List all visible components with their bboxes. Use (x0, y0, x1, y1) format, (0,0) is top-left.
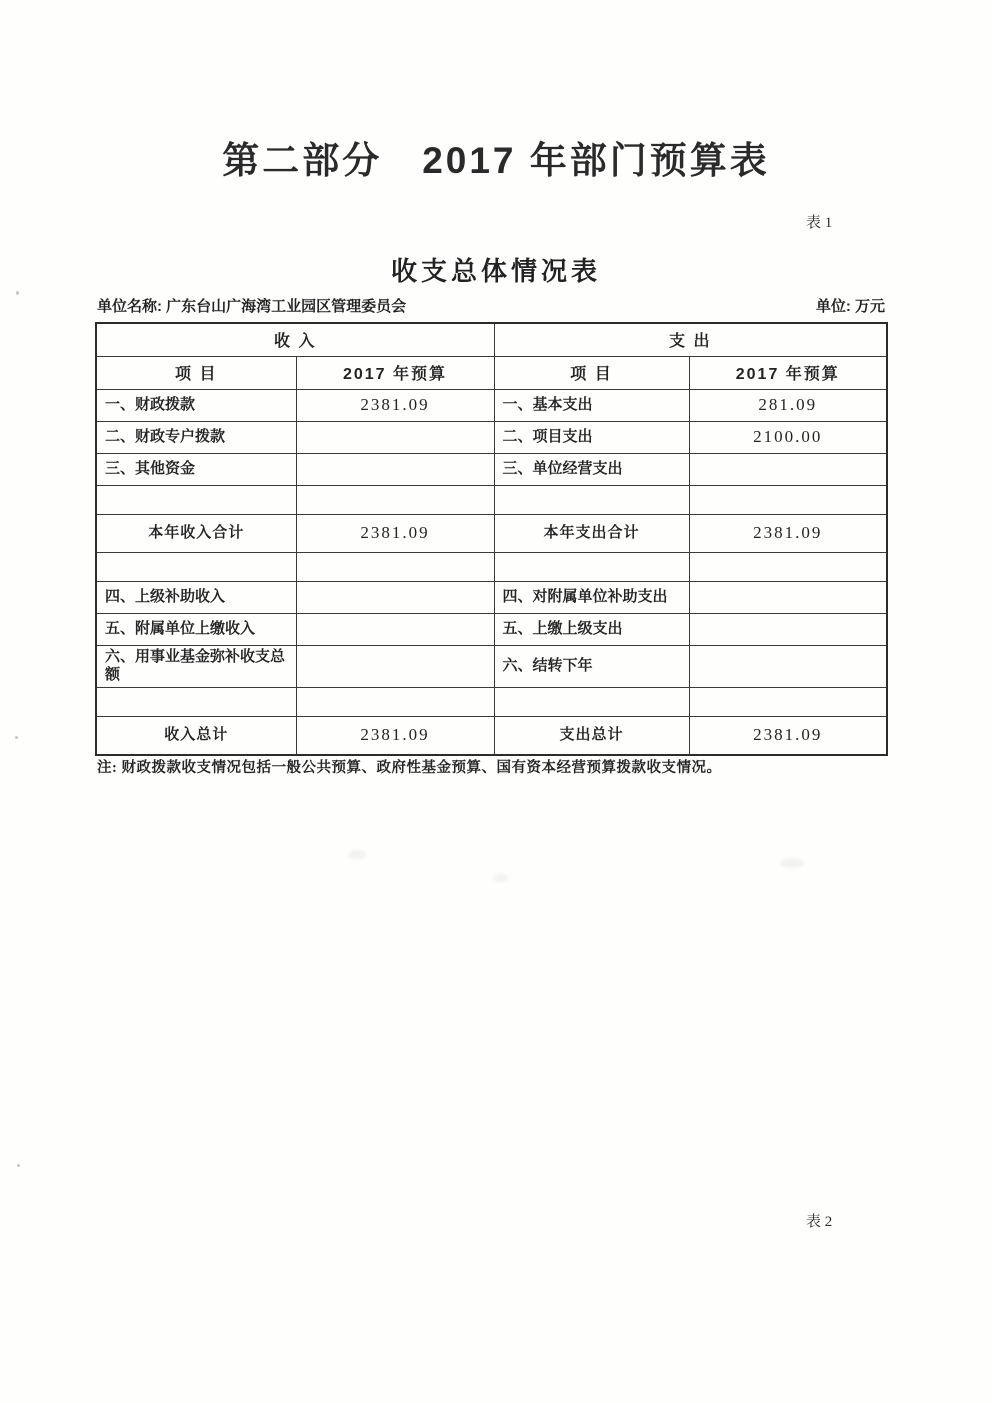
income-item-cell: 收入总计 (96, 717, 296, 755)
income-value-cell: 2381.09 (296, 514, 494, 552)
sheet-number-label-top: 表 1 (806, 211, 832, 232)
budget-table-row-item: 五、附属单位上缴收入五、上缴上级支出 (96, 613, 887, 645)
income-value-cell (296, 421, 494, 453)
expense-item-cell (494, 485, 689, 514)
income-item-cell: 四、上级补助收入 (96, 581, 296, 613)
expense-value-cell: 281.09 (689, 389, 887, 421)
scan-artifact (494, 874, 508, 882)
budget-table-row-item: 一、财政拨款2381.09一、基本支出281.09 (96, 389, 887, 421)
income-item-cell: 本年收入合计 (96, 514, 296, 552)
expense-item-column-header: 项 目 (494, 356, 689, 389)
expense-item-cell (494, 688, 689, 717)
expense-value-cell (689, 581, 887, 613)
income-value-cell (296, 613, 494, 645)
expense-value-cell (689, 453, 887, 485)
expense-item-cell: 四、对附属单位补助支出 (494, 581, 689, 613)
income-item-column-header: 项 目 (96, 356, 296, 389)
income-value-cell: 2381.09 (296, 717, 494, 755)
income-item-cell: 一、财政拨款 (96, 389, 296, 421)
income-value-cell: 2381.09 (296, 389, 494, 421)
budget-table-row-empty (96, 688, 887, 717)
expense-value-cell (689, 552, 887, 581)
expense-budget-column-header: 2017 年预算 (689, 356, 887, 389)
expense-item-cell: 本年支出合计 (494, 514, 689, 552)
expense-value-cell (689, 688, 887, 717)
expense-value-cell: 2381.09 (689, 717, 887, 755)
budget-table-row-empty (96, 485, 887, 514)
income-value-cell (296, 688, 494, 717)
income-item-cell: 五、附属单位上缴收入 (96, 613, 296, 645)
expense-value-cell (689, 485, 887, 514)
budget-summary-table: 收 入 支 出 项 目 2017 年预算 项 目 2017 年预算 一、财政拨款… (95, 322, 888, 756)
expense-item-cell: 五、上缴上级支出 (494, 613, 689, 645)
document-title: 第二部分 2017 年部门预算表 (0, 130, 992, 184)
expense-item-cell: 一、基本支出 (494, 389, 689, 421)
table-info-row: 单位名称: 广东台山广海湾工业园区管理委员会 单位: 万元 (97, 295, 885, 316)
expense-group-header: 支 出 (494, 323, 887, 356)
column-header-row: 项 目 2017 年预算 项 目 2017 年预算 (96, 356, 887, 389)
income-group-header: 收 入 (96, 323, 494, 356)
income-value-cell (296, 581, 494, 613)
income-value-cell (296, 552, 494, 581)
unit-name-label: 单位名称: 广东台山广海湾工业园区管理委员会 (97, 295, 406, 316)
budget-table-row-item: 四、上级补助收入四、对附属单位补助支出 (96, 581, 887, 613)
income-value-cell (296, 453, 494, 485)
income-item-cell: 六、用事业基金弥补收支总额 (96, 645, 296, 688)
unit-of-measure-label: 单位: 万元 (816, 295, 885, 316)
group-header-row: 收 入 支 出 (96, 323, 887, 356)
scan-artifact (780, 858, 804, 868)
budget-table-row-empty (96, 552, 887, 581)
budget-table-row-item: 六、用事业基金弥补收支总额六、结转下年 (96, 645, 887, 688)
expense-value-cell: 2100.00 (689, 421, 887, 453)
expense-item-cell: 二、项目支出 (494, 421, 689, 453)
income-item-cell (96, 485, 296, 514)
budget-table-row-subtotal: 本年收入合计2381.09本年支出合计2381.09 (96, 514, 887, 552)
income-item-cell (96, 688, 296, 717)
budget-table-row-total: 收入总计2381.09支出总计2381.09 (96, 717, 887, 755)
income-budget-column-header: 2017 年预算 (296, 356, 494, 389)
table-title: 收支总体情况表 (0, 251, 992, 288)
scanned-document-page: 第二部分 2017 年部门预算表 表 1 收支总体情况表 单位名称: 广东台山广… (0, 0, 992, 1403)
income-item-cell (96, 552, 296, 581)
scan-artifact (348, 850, 366, 859)
scan-artifact (16, 291, 19, 295)
expense-item-cell: 支出总计 (494, 717, 689, 755)
expense-item-cell: 六、结转下年 (494, 645, 689, 688)
budget-table-row-item: 三、其他资金三、单位经营支出 (96, 453, 887, 485)
sheet-number-label-bottom: 表 2 (806, 1210, 832, 1231)
income-item-cell: 三、其他资金 (96, 453, 296, 485)
income-item-cell: 二、财政专户拨款 (96, 421, 296, 453)
scan-artifact (17, 1164, 20, 1167)
expense-value-cell (689, 613, 887, 645)
expense-item-cell (494, 552, 689, 581)
income-value-cell (296, 645, 494, 688)
expense-item-cell: 三、单位经营支出 (494, 453, 689, 485)
expense-value-cell: 2381.09 (689, 514, 887, 552)
scan-artifact (15, 736, 18, 739)
income-value-cell (296, 485, 494, 514)
footnote: 注: 财政拨款收支情况包括一般公共预算、政府性基金预算、国有资本经营预算拨款收支… (97, 756, 897, 777)
budget-table-row-item: 二、财政专户拨款二、项目支出2100.00 (96, 421, 887, 453)
expense-value-cell (689, 645, 887, 688)
